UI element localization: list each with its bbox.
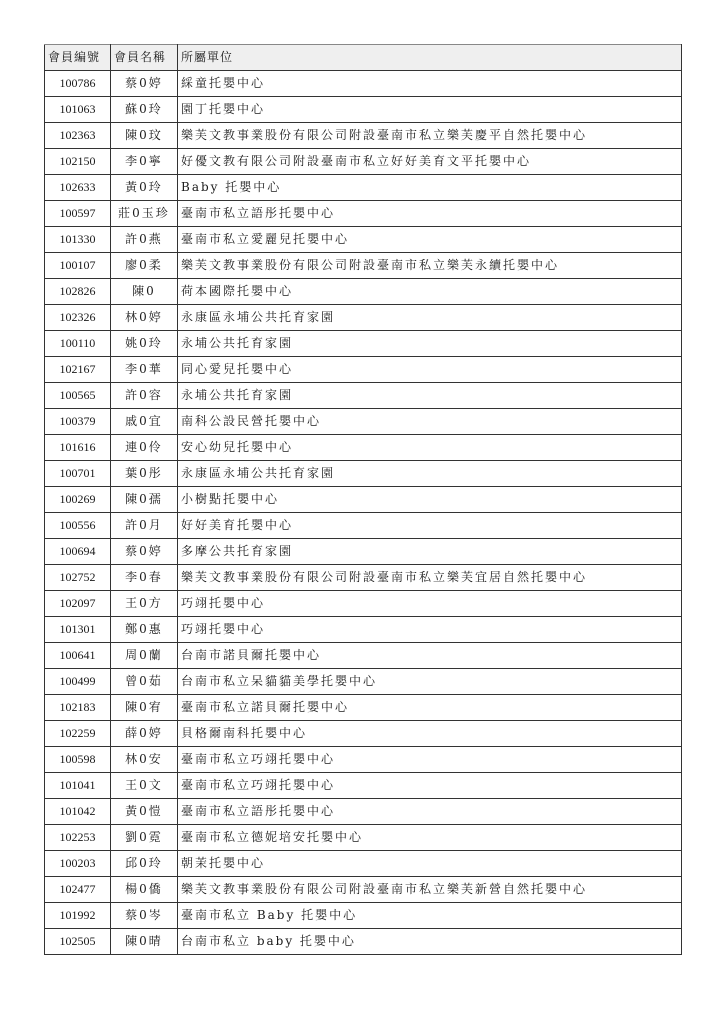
table-row: 102183陳0宥臺南市私立諾貝爾托嬰中心	[45, 695, 682, 721]
member-name-cell: 莊0玉珍	[111, 201, 178, 227]
member-name-cell: 蔡0婷	[111, 71, 178, 97]
table-row: 100565許0容永埔公共托育家園	[45, 383, 682, 409]
header-member-name: 會員名稱	[111, 45, 178, 71]
member-id-cell: 102363	[45, 123, 111, 149]
table-row: 100597莊0玉珍臺南市私立語彤托嬰中心	[45, 201, 682, 227]
unit-cell: 永埔公共托育家園	[178, 331, 682, 357]
member-name-cell: 邱0玲	[111, 851, 178, 877]
member-name-cell: 黃0愷	[111, 799, 178, 825]
table-row: 102259薛0婷貝格爾南科托嬰中心	[45, 721, 682, 747]
unit-cell: 樂芙文教事業股份有限公司附設臺南市私立樂芙新營自然托嬰中心	[178, 877, 682, 903]
unit-cell: 台南市私立 baby 托嬰中心	[178, 929, 682, 955]
member-name-cell: 黃0玲	[111, 175, 178, 201]
unit-cell: Baby 托嬰中心	[178, 175, 682, 201]
unit-cell: 台南市諾貝爾托嬰中心	[178, 643, 682, 669]
unit-cell: 小樹點托嬰中心	[178, 487, 682, 513]
unit-cell: 園丁托嬰中心	[178, 97, 682, 123]
table-row: 102826陳0荷本國際托嬰中心	[45, 279, 682, 305]
member-name-cell: 陳0晴	[111, 929, 178, 955]
table-row: 100107廖0柔樂芙文教事業股份有限公司附設臺南市私立樂芙永續托嬰中心	[45, 253, 682, 279]
member-id-cell: 101301	[45, 617, 111, 643]
member-id-cell: 102752	[45, 565, 111, 591]
unit-cell: 同心愛兒托嬰中心	[178, 357, 682, 383]
table-row: 100701葉0彤永康區永埔公共托育家園	[45, 461, 682, 487]
table-row: 102097王0方巧翊托嬰中心	[45, 591, 682, 617]
member-name-cell: 林0安	[111, 747, 178, 773]
table-row: 102505陳0晴台南市私立 baby 托嬰中心	[45, 929, 682, 955]
unit-cell: 樂芙文教事業股份有限公司附設臺南市私立樂芙宜居自然托嬰中心	[178, 565, 682, 591]
member-id-cell: 100786	[45, 71, 111, 97]
unit-cell: 臺南市私立 Baby 托嬰中心	[178, 903, 682, 929]
unit-cell: 好好美育托嬰中心	[178, 513, 682, 539]
table-row: 101330許0燕臺南市私立愛麗兒托嬰中心	[45, 227, 682, 253]
table-body: 100786蔡0婷綵童托嬰中心101063蘇0玲園丁托嬰中心102363陳0玟樂…	[45, 71, 682, 955]
member-id-cell: 100556	[45, 513, 111, 539]
unit-cell: 巧翊托嬰中心	[178, 617, 682, 643]
table-row: 100694蔡0婷多摩公共托育家園	[45, 539, 682, 565]
member-name-cell: 戚0宜	[111, 409, 178, 435]
unit-cell: 臺南市私立語彤托嬰中心	[178, 799, 682, 825]
member-name-cell: 蔡0岑	[111, 903, 178, 929]
member-id-cell: 102097	[45, 591, 111, 617]
table-row: 101041王0文臺南市私立巧翊托嬰中心	[45, 773, 682, 799]
member-name-cell: 蔡0婷	[111, 539, 178, 565]
member-id-cell: 102826	[45, 279, 111, 305]
table-row: 102326林0婷永康區永埔公共托育家園	[45, 305, 682, 331]
header-unit: 所屬單位	[178, 45, 682, 71]
member-id-cell: 102167	[45, 357, 111, 383]
member-id-cell: 100701	[45, 461, 111, 487]
table-row: 100786蔡0婷綵童托嬰中心	[45, 71, 682, 97]
table-row: 100203邱0玲朝茉托嬰中心	[45, 851, 682, 877]
member-name-cell: 薛0婷	[111, 721, 178, 747]
member-id-cell: 101992	[45, 903, 111, 929]
table-row: 101616連0伶安心幼兒托嬰中心	[45, 435, 682, 461]
unit-cell: 南科公設民營托嬰中心	[178, 409, 682, 435]
member-name-cell: 陳0孺	[111, 487, 178, 513]
document-page: 會員編號 會員名稱 所屬單位 100786蔡0婷綵童托嬰中心101063蘇0玲園…	[44, 44, 681, 955]
member-id-cell: 100269	[45, 487, 111, 513]
member-id-cell: 101042	[45, 799, 111, 825]
member-name-cell: 陳0	[111, 279, 178, 305]
member-name-cell: 鄭0惠	[111, 617, 178, 643]
unit-cell: 綵童托嬰中心	[178, 71, 682, 97]
table-row: 102363陳0玟樂芙文教事業股份有限公司附設臺南市私立樂芙慶平自然托嬰中心	[45, 123, 682, 149]
member-name-cell: 楊0僑	[111, 877, 178, 903]
member-id-cell: 101063	[45, 97, 111, 123]
table-row: 100379戚0宜南科公設民營托嬰中心	[45, 409, 682, 435]
member-roster-table: 會員編號 會員名稱 所屬單位 100786蔡0婷綵童托嬰中心101063蘇0玲園…	[44, 44, 682, 955]
table-row: 102477楊0僑樂芙文教事業股份有限公司附設臺南市私立樂芙新營自然托嬰中心	[45, 877, 682, 903]
member-name-cell: 蘇0玲	[111, 97, 178, 123]
table-row: 102633黃0玲Baby 托嬰中心	[45, 175, 682, 201]
unit-cell: 臺南市私立愛麗兒托嬰中心	[178, 227, 682, 253]
member-name-cell: 陳0玟	[111, 123, 178, 149]
unit-cell: 朝茉托嬰中心	[178, 851, 682, 877]
unit-cell: 臺南市私立諾貝爾托嬰中心	[178, 695, 682, 721]
unit-cell: 永埔公共托育家園	[178, 383, 682, 409]
member-id-cell: 100203	[45, 851, 111, 877]
table-row: 100598林0安臺南市私立巧翊托嬰中心	[45, 747, 682, 773]
member-name-cell: 李0華	[111, 357, 178, 383]
unit-cell: 永康區永埔公共托育家園	[178, 305, 682, 331]
unit-cell: 台南市私立呆貓貓美學托嬰中心	[178, 669, 682, 695]
member-id-cell: 100597	[45, 201, 111, 227]
member-id-cell: 100107	[45, 253, 111, 279]
unit-cell: 臺南市私立德妮培安托嬰中心	[178, 825, 682, 851]
member-id-cell: 100110	[45, 331, 111, 357]
member-id-cell: 101041	[45, 773, 111, 799]
member-id-cell: 100379	[45, 409, 111, 435]
member-name-cell: 李0寧	[111, 149, 178, 175]
member-id-cell: 102253	[45, 825, 111, 851]
member-name-cell: 王0方	[111, 591, 178, 617]
unit-cell: 樂芙文教事業股份有限公司附設臺南市私立樂芙永續托嬰中心	[178, 253, 682, 279]
table-row: 101042黃0愷臺南市私立語彤托嬰中心	[45, 799, 682, 825]
member-name-cell: 劉0霓	[111, 825, 178, 851]
member-name-cell: 林0婷	[111, 305, 178, 331]
table-row: 100269陳0孺小樹點托嬰中心	[45, 487, 682, 513]
member-id-cell: 102326	[45, 305, 111, 331]
member-name-cell: 曾0茹	[111, 669, 178, 695]
member-id-cell: 102259	[45, 721, 111, 747]
unit-cell: 多摩公共托育家園	[178, 539, 682, 565]
member-id-cell: 102505	[45, 929, 111, 955]
member-id-cell: 102477	[45, 877, 111, 903]
member-id-cell: 100694	[45, 539, 111, 565]
member-id-cell: 100565	[45, 383, 111, 409]
unit-cell: 永康區永埔公共托育家園	[178, 461, 682, 487]
member-name-cell: 姚0玲	[111, 331, 178, 357]
table-row: 101063蘇0玲園丁托嬰中心	[45, 97, 682, 123]
unit-cell: 好優文教有限公司附設臺南市私立好好美育文平托嬰中心	[178, 149, 682, 175]
member-id-cell: 102633	[45, 175, 111, 201]
table-row: 101992蔡0岑臺南市私立 Baby 托嬰中心	[45, 903, 682, 929]
unit-cell: 樂芙文教事業股份有限公司附設臺南市私立樂芙慶平自然托嬰中心	[178, 123, 682, 149]
unit-cell: 臺南市私立巧翊托嬰中心	[178, 747, 682, 773]
member-name-cell: 許0燕	[111, 227, 178, 253]
table-row: 102253劉0霓臺南市私立德妮培安托嬰中心	[45, 825, 682, 851]
table-row: 102167李0華同心愛兒托嬰中心	[45, 357, 682, 383]
table-header-row: 會員編號 會員名稱 所屬單位	[45, 45, 682, 71]
table-row: 102752李0春樂芙文教事業股份有限公司附設臺南市私立樂芙宜居自然托嬰中心	[45, 565, 682, 591]
member-name-cell: 李0春	[111, 565, 178, 591]
member-id-cell: 100598	[45, 747, 111, 773]
member-name-cell: 陳0宥	[111, 695, 178, 721]
table-row: 100641周0蘭台南市諾貝爾托嬰中心	[45, 643, 682, 669]
table-row: 102150李0寧好優文教有限公司附設臺南市私立好好美育文平托嬰中心	[45, 149, 682, 175]
member-name-cell: 許0月	[111, 513, 178, 539]
unit-cell: 安心幼兒托嬰中心	[178, 435, 682, 461]
table-row: 100556許0月好好美育托嬰中心	[45, 513, 682, 539]
member-name-cell: 許0容	[111, 383, 178, 409]
member-name-cell: 廖0柔	[111, 253, 178, 279]
table-row: 100499曾0茹台南市私立呆貓貓美學托嬰中心	[45, 669, 682, 695]
table-row: 101301鄭0惠巧翊托嬰中心	[45, 617, 682, 643]
member-name-cell: 葉0彤	[111, 461, 178, 487]
member-id-cell: 101616	[45, 435, 111, 461]
member-id-cell: 100499	[45, 669, 111, 695]
member-id-cell: 101330	[45, 227, 111, 253]
unit-cell: 荷本國際托嬰中心	[178, 279, 682, 305]
member-name-cell: 周0蘭	[111, 643, 178, 669]
table-row: 100110姚0玲永埔公共托育家園	[45, 331, 682, 357]
header-member-id: 會員編號	[45, 45, 111, 71]
unit-cell: 臺南市私立巧翊托嬰中心	[178, 773, 682, 799]
unit-cell: 臺南市私立語彤托嬰中心	[178, 201, 682, 227]
member-name-cell: 連0伶	[111, 435, 178, 461]
unit-cell: 貝格爾南科托嬰中心	[178, 721, 682, 747]
unit-cell: 巧翊托嬰中心	[178, 591, 682, 617]
member-id-cell: 102183	[45, 695, 111, 721]
member-id-cell: 100641	[45, 643, 111, 669]
member-id-cell: 102150	[45, 149, 111, 175]
member-name-cell: 王0文	[111, 773, 178, 799]
